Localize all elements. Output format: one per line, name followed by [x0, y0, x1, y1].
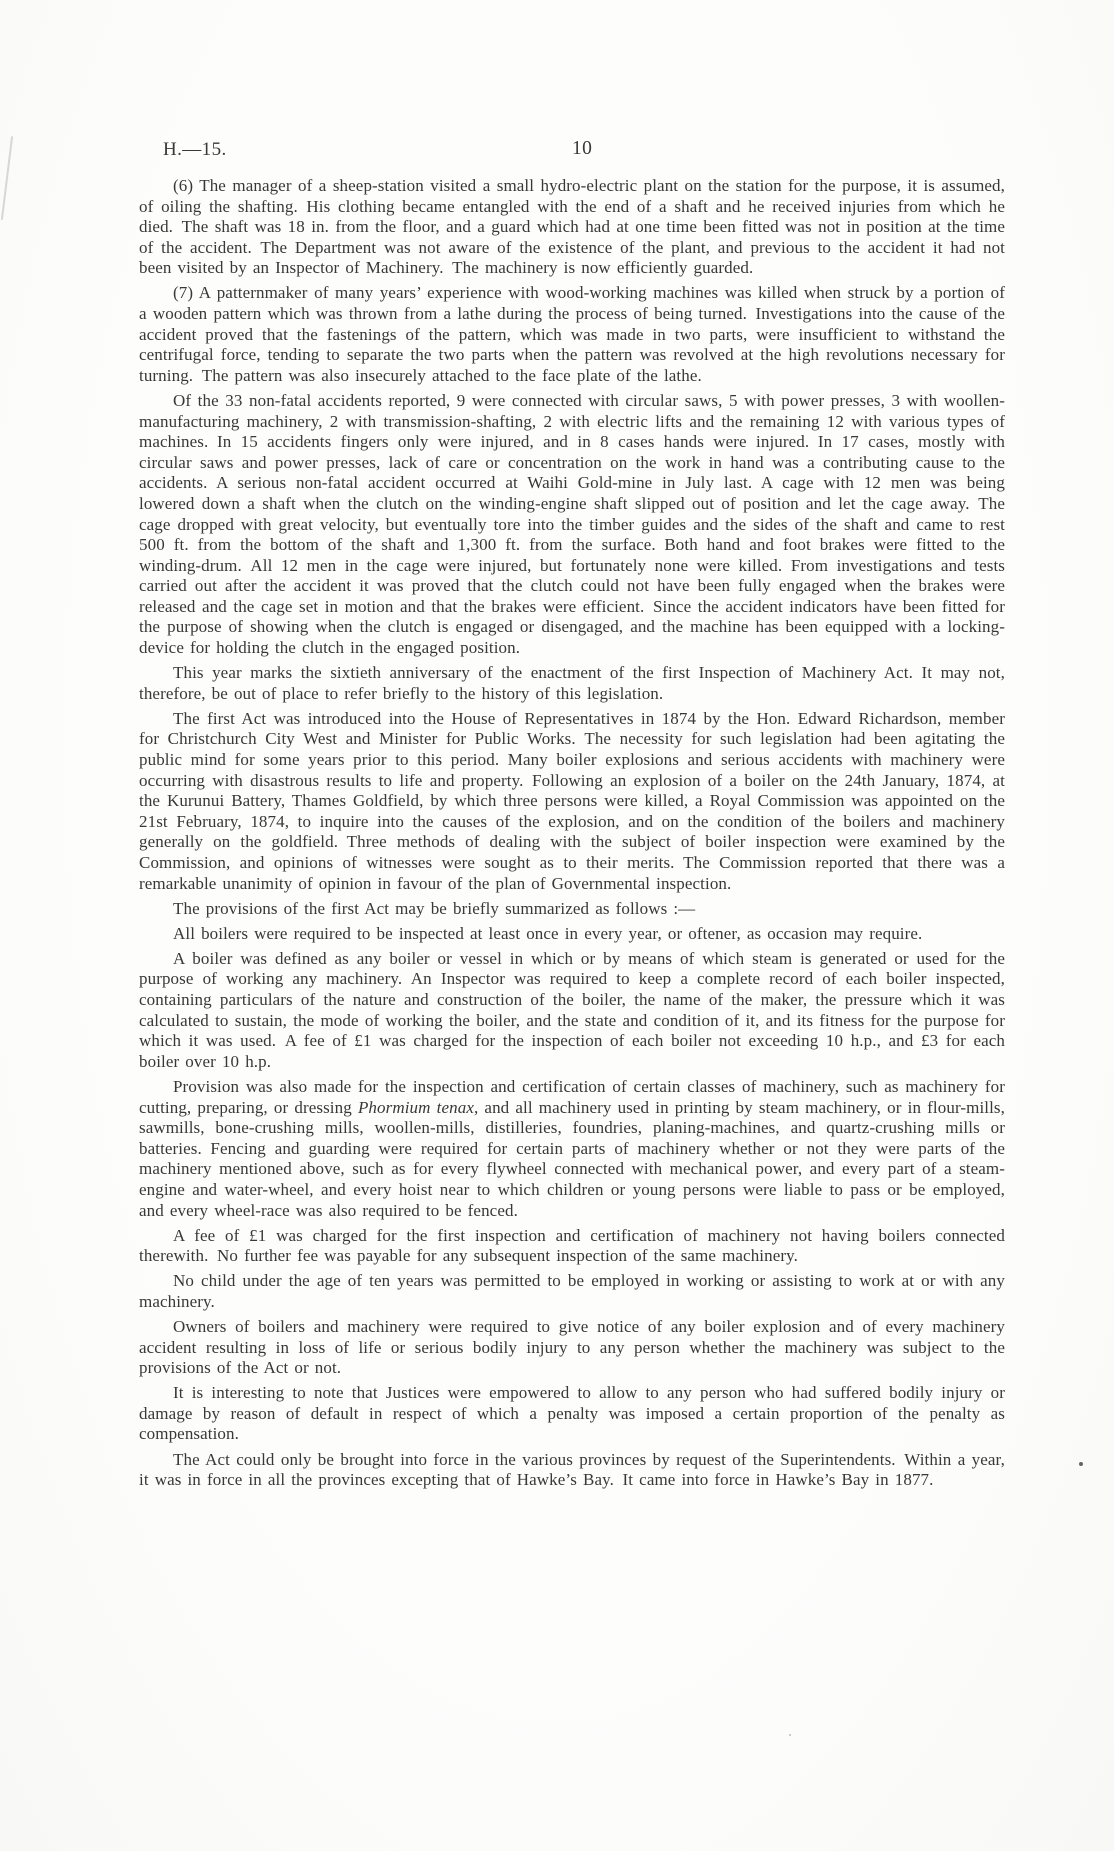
paragraph: All boilers were required to be inspecte…: [139, 924, 1005, 945]
paragraph-text: Of the 33 non-fatal accidents reported, …: [139, 391, 1005, 657]
scan-edge-artifact: [1, 136, 13, 220]
margin-speck: [1079, 1462, 1083, 1466]
page-body: (6) The manager of a sheep-station visit…: [139, 176, 1005, 1495]
page-header: H.—15. 10: [163, 139, 1008, 163]
paragraph: No child under the age of ten years was …: [139, 1271, 1005, 1312]
document-page: H.—15. 10 (6) The manager of a sheep-sta…: [0, 0, 1114, 1851]
paragraph: It is interesting to note that Justices …: [139, 1383, 1005, 1445]
paragraph-text: No child under the age of ten years was …: [139, 1271, 1005, 1311]
paragraph: A fee of £1 was charged for the first in…: [139, 1226, 1005, 1267]
paragraph-text: (6) The manager of a sheep-station visit…: [139, 176, 1005, 277]
paragraph-text: (7) A patternmaker of many years’ experi…: [139, 283, 1005, 384]
paragraph-text: All boilers were required to be inspecte…: [173, 924, 922, 943]
report-id: H.—15.: [163, 139, 227, 161]
paragraph-text: It is interesting to note that Justices …: [139, 1383, 1005, 1443]
paragraph-text: A boiler was defined as any boiler or ve…: [139, 949, 1005, 1071]
paragraph-text: The Act could only be brought into force…: [139, 1450, 1005, 1490]
paragraph: The Act could only be brought into force…: [139, 1450, 1005, 1491]
paragraph: Of the 33 non-fatal accidents reported, …: [139, 391, 1005, 659]
paragraph: The provisions of the first Act may be b…: [139, 899, 1005, 920]
paragraph: Owners of boilers and machinery were req…: [139, 1317, 1005, 1379]
paragraph: The first Act was introduced into the Ho…: [139, 709, 1005, 894]
latin-term-italic: Phormium tenax: [358, 1098, 474, 1117]
paragraph: (7) A patternmaker of many years’ experi…: [139, 283, 1005, 386]
paragraph-text: Owners of boilers and machinery were req…: [139, 1317, 1005, 1377]
paragraph: A boiler was defined as any boiler or ve…: [139, 949, 1005, 1073]
paragraph: Provision was also made for the inspecti…: [139, 1077, 1005, 1221]
scan-speck: [789, 1734, 791, 1736]
paragraph-text: A fee of £1 was charged for the first in…: [139, 1226, 1005, 1266]
paragraph-text: The first Act was introduced into the Ho…: [139, 709, 1005, 893]
paragraph: (6) The manager of a sheep-station visit…: [139, 176, 1005, 279]
paragraph: This year marks the sixtieth anniversary…: [139, 663, 1005, 704]
paragraph-text: This year marks the sixtieth anniversary…: [139, 663, 1005, 703]
page-number: 10: [572, 138, 592, 160]
paragraph-text: The provisions of the first Act may be b…: [173, 899, 695, 918]
